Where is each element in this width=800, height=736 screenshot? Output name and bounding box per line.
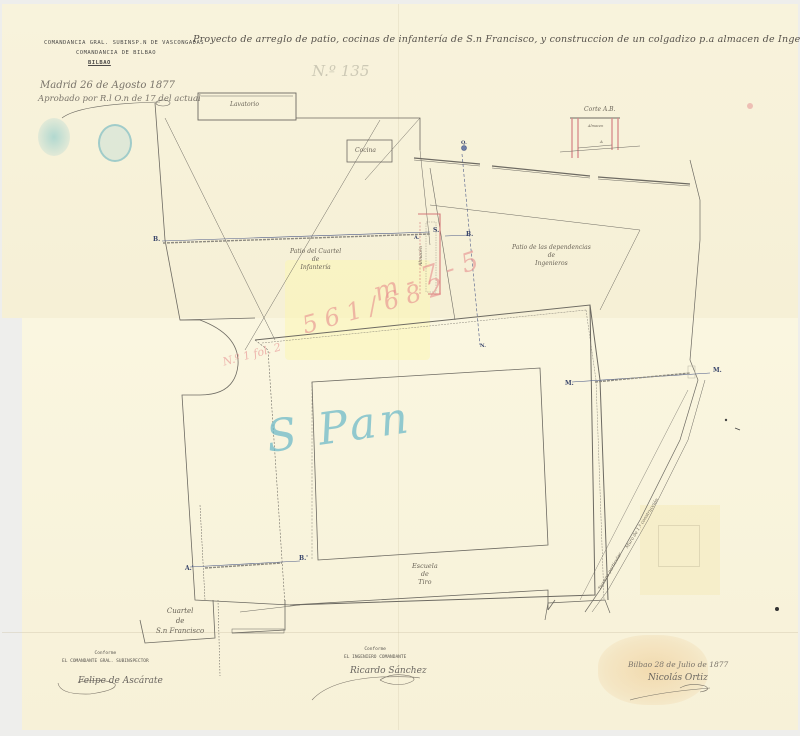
barracks-line1: Cuartel	[156, 606, 204, 616]
signature-1-name: Felipe de Ascárate	[78, 676, 163, 686]
signature-3-date: Bilbao 28 de Julio de 1877	[628, 660, 728, 669]
section-inset-inner-label: Almacen	[588, 122, 603, 130]
section-mark-m-right: M.	[713, 367, 722, 374]
section-mark-b-prime: B.'	[299, 555, 308, 562]
patio-engineers-label: Patio de las dependencias de Ingenieros	[512, 244, 591, 268]
section-mark-b-left: B.	[153, 236, 160, 243]
signature-1-role: EL COMANDANTE GRAL. SUBINSPECTOR	[62, 658, 149, 666]
school-line1: Escuela	[412, 562, 438, 570]
signature-3-name: Nicolás Ortiz	[648, 673, 708, 683]
signature-block-1: Conforme EL COMANDANTE GRAL. SUBINSPECTO…	[62, 650, 149, 666]
document-title: Proyecto de arreglo de patio, cocinas de…	[193, 34, 800, 45]
barracks-line3: S.n Francisco	[156, 626, 204, 636]
patio-infantry-label: Patio del Cuartel de Infantería	[290, 248, 341, 272]
org-header-line3: BILBAO	[88, 60, 111, 66]
approval-note: Aprobado por R.l O.n de 17 del actual	[38, 94, 201, 104]
patio-infantry-line2: de	[290, 256, 341, 264]
section-mark-q: Q.	[461, 140, 467, 146]
school-line2: de	[412, 570, 438, 578]
school-line3: Tiro	[412, 578, 438, 586]
school-label: Escuela de Tiro	[412, 562, 438, 586]
signature-1-heading: Conforme	[62, 650, 149, 658]
patio-engineers-line2: de	[512, 252, 591, 260]
barracks-label: Cuartel de S.n Francisco	[156, 606, 204, 636]
document-sheet: COMANDANCIA GRAL. SUBINSP.N DE VASCONGAD…	[0, 0, 800, 736]
signature-2-name: Ricardo Sánchez	[350, 666, 427, 676]
room-lavatory: Lavatorio	[230, 101, 259, 109]
section-inset-title: Corte A.B.	[584, 106, 616, 114]
section-mark-b-right: B.	[466, 231, 473, 238]
signature-2-role: EL INGENIERO COMANDANTE	[344, 654, 406, 662]
section-mark-m-left: M.	[565, 380, 574, 387]
patio-engineers-line1: Patio de las dependencias	[512, 244, 591, 252]
section-mark-s: S.	[433, 227, 439, 234]
patio-infantry-line3: Infantería	[290, 264, 341, 272]
patio-engineers-line3: Ingenieros	[512, 260, 591, 268]
org-header-line2: COMANDANCIA DE BILBAO	[76, 50, 156, 56]
approval-date: Madrid 26 de Agosto 1877	[40, 80, 175, 91]
signature-block-2: Conforme EL INGENIERO COMANDANTE	[344, 646, 406, 662]
section-mark-a: A.	[414, 235, 420, 241]
org-header-line1: COMANDANCIA GRAL. SUBINSP.N DE VASCONGAD…	[44, 40, 204, 46]
room-kitchen: Cocina	[355, 147, 376, 155]
reference-number: N.º 135	[312, 62, 369, 80]
signature-2-heading: Conforme	[344, 646, 406, 654]
section-inset-a: A	[600, 138, 603, 146]
floor-plan-drawing	[0, 0, 800, 736]
section-mark-n: N.	[480, 343, 486, 349]
patio-infantry-line1: Patio del Cuartel	[290, 248, 341, 256]
section-mark-a-prime: A.'	[185, 565, 194, 572]
barracks-line2: de	[156, 616, 204, 626]
